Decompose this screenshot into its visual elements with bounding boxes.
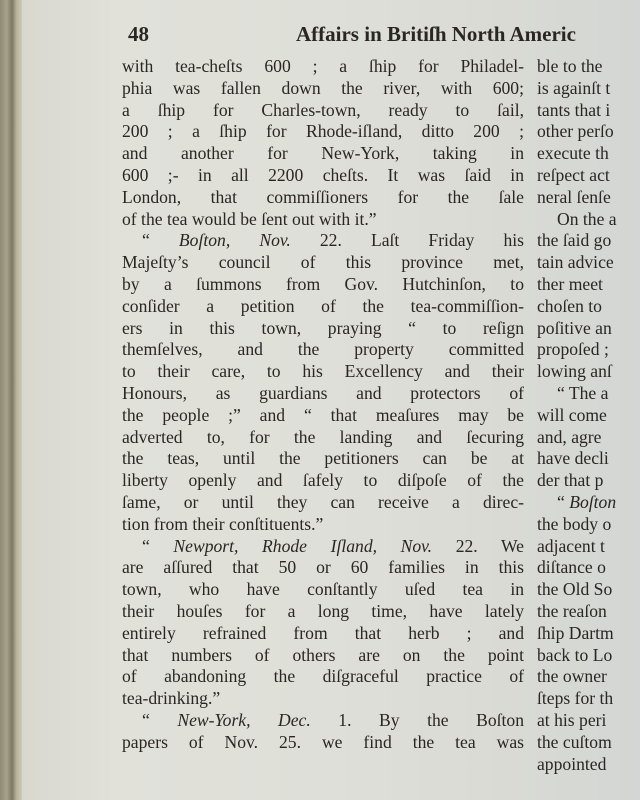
text-line: that numbers of others are on the point	[122, 645, 524, 667]
text-line: choſen to	[537, 296, 640, 318]
dateline: New-York, Dec.	[177, 710, 310, 730]
text-line: “ Newport, Rhode Iſland, Nov. 22. We	[122, 536, 524, 558]
text-line: phia was fallen down the river, with 600…	[122, 78, 524, 100]
text-line: the teas, until the petitioners can be a…	[122, 448, 524, 470]
text-line: papers of Nov. 25. we find the tea was	[122, 732, 524, 754]
text-line: and another for New-York, taking in	[122, 143, 524, 165]
running-head: 48 Affairs in Britiſh North Americ	[128, 22, 640, 52]
text-line: ble to the	[537, 56, 640, 78]
text-line: tion from their conſtituents.”	[122, 514, 524, 536]
text-line: diſtance o	[537, 557, 640, 579]
text-line: town, who have conſtantly uſed tea in	[122, 579, 524, 601]
text-line: 600 ;- in all 2200 cheſts. It was ſaid i…	[122, 165, 524, 187]
text-line: entirely refrained from that herb ; and	[122, 623, 524, 645]
text-line: of the tea would be ſent out with it.”	[122, 209, 524, 231]
text-line: at his peri	[537, 710, 640, 732]
text-line: Majeſty’s council of this province met,	[122, 252, 524, 274]
text-line: a ſhip for Charles-town, ready to ſail,	[122, 100, 524, 122]
text-line: themſelves, and the property committed	[122, 339, 524, 361]
text-line: the body o	[537, 514, 640, 536]
text-line: back to Lo	[537, 645, 640, 667]
text-line: tain advice	[537, 252, 640, 274]
text-line: of abandoning the diſgraceful practice o…	[122, 666, 524, 688]
text-line: On the a	[537, 209, 640, 231]
text-line: adjacent t	[537, 536, 640, 558]
text-line: ſteps for th	[537, 688, 640, 710]
text-line: the Old So	[537, 579, 640, 601]
text-line: and, agre	[537, 427, 640, 449]
text-line: their houſes for a long time, have latel…	[122, 601, 524, 623]
text-line: execute th	[537, 143, 640, 165]
book-spine	[0, 0, 22, 800]
text-line: London, that commiſſioners for the ſale	[122, 187, 524, 209]
text-line: “ The a	[537, 383, 640, 405]
text-line: appointed	[537, 754, 640, 776]
dateline: Newport, Rhode Iſland, Nov.	[173, 536, 432, 556]
text-line: “ New-York, Dec. 1. By the Boſton	[122, 710, 524, 732]
text-line: adverted to, for the landing and ſecurin…	[122, 427, 524, 449]
text-line: have decli	[537, 448, 640, 470]
text-line: the cuſtom	[537, 732, 640, 754]
running-title: Affairs in Britiſh North Americ	[296, 22, 576, 47]
text-line: ers in this town, praying “ to reſign	[122, 318, 524, 340]
text-line: propoſed ;	[537, 339, 640, 361]
text-line: by a ſummons from Gov. Hutchinſon, to	[122, 274, 524, 296]
text-line: the owner	[537, 666, 640, 688]
text-line: with tea-cheſts 600 ; a ſhip for Philade…	[122, 56, 524, 78]
dateline: Boſton, Nov.	[179, 230, 291, 250]
text-line: the ſaid go	[537, 230, 640, 252]
text-line: will come	[537, 405, 640, 427]
text-line: der that p	[537, 470, 640, 492]
text-line: neral ſenſe	[537, 187, 640, 209]
text-line: conſider a petition of the tea-commiſſio…	[122, 296, 524, 318]
text-line: 200 ; a ſhip for Rhode-iſland, ditto 200…	[122, 121, 524, 143]
page-number: 48	[128, 22, 149, 47]
text-line: lowing anſ	[537, 361, 640, 383]
text-line: Honours, as guardians and protectors of	[122, 383, 524, 405]
text-line: tants that i	[537, 100, 640, 122]
text-line: is againſt t	[537, 78, 640, 100]
text-line: liberty openly and ſafely to diſpoſe of …	[122, 470, 524, 492]
text-line: ther meet	[537, 274, 640, 296]
text-line: the reaſon	[537, 601, 640, 623]
text-line: ſame, or until they can receive a direc-	[122, 492, 524, 514]
text-line: “ Boſton, Nov. 22. Laſt Friday his	[122, 230, 524, 252]
text-line: “ Boſton	[537, 492, 640, 514]
text-line: are aſſured that 50 or 60 families in th…	[122, 557, 524, 579]
text-line: to their care, to his Excellency and the…	[122, 361, 524, 383]
text-line: ſhip Dartm	[537, 623, 640, 645]
text-line: reſpect act	[537, 165, 640, 187]
text-line: other perſo	[537, 121, 640, 143]
text-line: poſitive an	[537, 318, 640, 340]
text-line: tea-drinking.”	[122, 688, 524, 710]
text-line: the people ;” and “ that meaſures may be	[122, 405, 524, 427]
right-text-column: ble to theis againſt ttants that iother …	[537, 56, 640, 775]
left-text-column: with tea-cheſts 600 ; a ſhip for Philade…	[122, 56, 524, 754]
